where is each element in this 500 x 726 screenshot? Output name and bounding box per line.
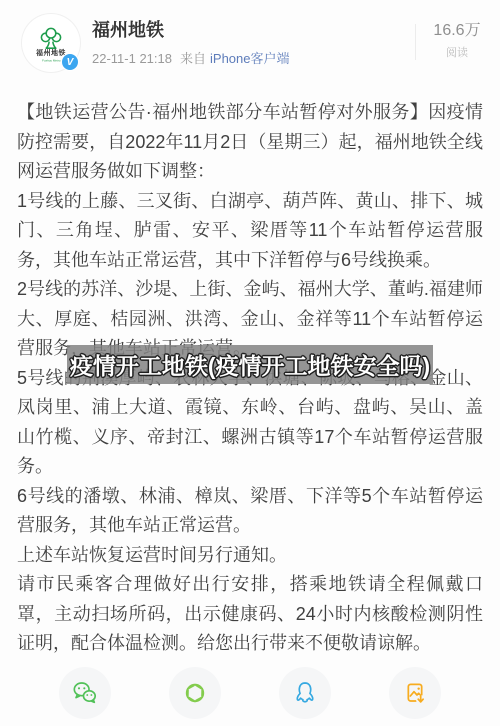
read-count-label: 阅读 (430, 44, 484, 60)
share-qq-button[interactable] (279, 667, 331, 719)
source-client-link[interactable]: iPhone客户端 (210, 51, 289, 66)
header-text-block: 福州地铁 22-11-1 21:18来自iPhone客户端 (92, 14, 290, 67)
account-name[interactable]: 福州地铁 (92, 20, 290, 40)
paragraph-passenger-notice: 请市民乘客合理做好出行安排，搭乘地铁请全程佩戴口罩，主动扫场所码，出示健康码、2… (17, 570, 483, 659)
post-card: 福州地铁 Fuzhou Metro V 福州地铁 22-11-1 21:18来自… (0, 0, 500, 726)
post-header: 福州地铁 Fuzhou Metro V 福州地铁 22-11-1 21:18来自… (22, 14, 484, 78)
source-prefix: 来自 (180, 51, 206, 66)
read-count-block: 16.6万 阅读 (415, 14, 484, 60)
wechat-icon (69, 677, 101, 709)
read-count: 16.6万 (430, 22, 484, 40)
save-image-icon (399, 677, 431, 709)
vertical-divider (415, 24, 416, 60)
paragraph-announcement: 【地铁运营公告·福州地铁部分车站暂停对外服务】因疫情防控需要，自2022年11月… (17, 98, 483, 187)
fuzhou-metro-logo-icon (36, 26, 66, 50)
avatar-sublabel: Fuzhou Metro (42, 58, 61, 62)
watermark-overlay: 疫情开工地铁(疫情开工地铁安全吗) (67, 345, 433, 384)
save-image-button[interactable] (389, 667, 441, 719)
share-moments-button[interactable] (169, 667, 221, 719)
verified-badge-icon: V (61, 53, 79, 71)
watermark-text: 疫情开工地铁(疫情开工地铁安全吗) (70, 348, 430, 381)
qq-icon (289, 677, 321, 709)
paragraph-resume-notice: 上述车站恢复运营时间另行通知。 (17, 541, 483, 571)
moments-icon (179, 677, 211, 709)
share-bar (0, 667, 500, 719)
paragraph-line6: 6号线的潘墩、林浦、樟岚、梁厝、下洋等5个车站暂停运营服务，其他车站正常运营。 (17, 482, 483, 541)
paragraph-line1: 1号线的上藤、三叉街、白湖亭、葫芦阵、黄山、排下、城门、三角埕、胪雷、安平、梁厝… (17, 187, 483, 276)
share-wechat-button[interactable] (59, 667, 111, 719)
avatar[interactable]: 福州地铁 Fuzhou Metro V (22, 14, 80, 72)
post-meta: 22-11-1 21:18来自iPhone客户端 (92, 48, 290, 67)
post-timestamp: 22-11-1 21:18 (92, 51, 172, 66)
